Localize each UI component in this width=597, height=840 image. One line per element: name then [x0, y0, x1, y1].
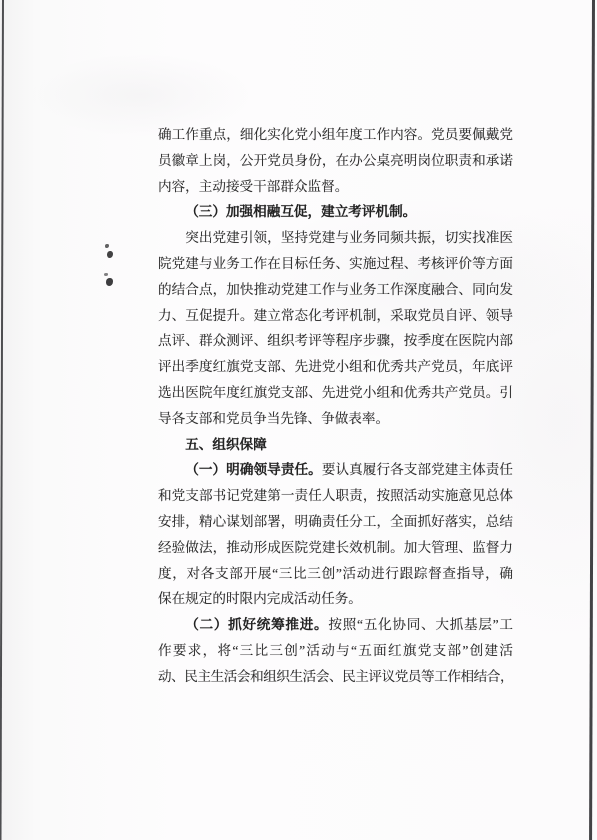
scan-edge-right — [589, 0, 595, 840]
text-line: 五、组织保障 — [158, 432, 513, 458]
text-line: 选出医院年度红旗党支部、先进党小组和优秀共产党员。引 — [158, 380, 513, 406]
text-line: 力、互促提升。建立常态化考评机制，采取党员自评、领导 — [158, 303, 513, 329]
bold-heading-text: （三）加强相融互促，建立考评机制。 — [185, 204, 416, 219]
text-line: （三）加强相融互促，建立考评机制。 — [158, 199, 513, 225]
text-line: （二）抓好统筹推进。按照“五化协同、大抓基层”工 — [158, 612, 513, 638]
body-text: 确工作重点，细化实化党小组年度工作内容。党员要佩戴党 — [158, 127, 513, 142]
text-line: 的结合点，加快推动党建工作与业务工作深度融合、同向发 — [158, 277, 513, 303]
text-line: 内容，主动接受干部群众监督。 — [158, 174, 513, 200]
text-line: 院党建与业务工作在目标任务、实施过程、考核评价等方面 — [158, 251, 513, 277]
bold-heading-text: （二）抓好统筹推进。 — [185, 617, 328, 632]
text-line: 导各支部和党员争当先锋、争做表率。 — [158, 406, 513, 432]
body-text: 评出季度红旗党支部、先进党小组和优秀共产党员，年底评 — [158, 359, 513, 374]
body-text: 的结合点，加快推动党建工作与业务工作深度融合、同向发 — [158, 282, 513, 297]
text-line: 评出季度红旗党支部、先进党小组和优秀共产党员，年底评 — [158, 354, 513, 380]
ink-speck — [106, 278, 113, 286]
body-text: 保在规定的时限内完成活动任务。 — [158, 591, 362, 606]
body-text: 员徽章上岗，公开党员身份，在办公桌亮明岗位职责和承诺 — [158, 153, 513, 168]
body-text: 选出医院年度红旗党支部、先进党小组和优秀共产党员。引 — [158, 385, 513, 400]
text-line: 度，对各支部开展“三比三创”活动进行跟踪督查指导，确 — [158, 561, 513, 587]
body-text: 安排，精心谋划部署，明确责任分工，全面抓好落实，总结 — [158, 514, 513, 529]
scan-edge-left — [0, 0, 4, 840]
text-line: （一）明确领导责任。要认真履行各支部党建主体责任 — [158, 457, 513, 483]
body-text: 度，对各支部开展“三比三创”活动进行跟踪督查指导，确 — [158, 566, 513, 581]
body-text: 内容，主动接受干部群众监督。 — [158, 179, 348, 194]
bold-heading-text: （一）明确领导责任。 — [185, 462, 322, 477]
body-text: 经验做法，推动形成医院党建长效机制。加大管理、监督力 — [158, 540, 513, 555]
text-line: 点评、群众测评、组织考评等程序步骤，按季度在医院内部 — [158, 328, 513, 354]
text-line: 经验做法，推动形成医院党建长效机制。加大管理、监督力 — [158, 535, 513, 561]
text-line: 保在规定的时限内完成活动任务。 — [158, 586, 513, 612]
ink-speck — [104, 273, 108, 276]
body-text: 院党建与业务工作在目标任务、实施过程、考核评价等方面 — [158, 256, 513, 271]
text-line: 确工作重点，细化实化党小组年度工作内容。党员要佩戴党 — [158, 122, 513, 148]
body-text: 突出党建引领，坚持党建与业务同频共振，切实找准医 — [185, 230, 513, 245]
text-line: 作要求，将“三比三创”活动与“五面红旗党支部”创建活 — [158, 638, 513, 664]
ink-speck — [107, 251, 113, 258]
body-text: 要认真履行各支部党建主体责任 — [322, 462, 513, 477]
body-text: 导各支部和党员争当先锋、争做表率。 — [158, 411, 389, 426]
text-line: 和党支部书记党建第一责任人职责，按照活动实施意见总体 — [158, 483, 513, 509]
document-text-block: 确工作重点，细化实化党小组年度工作内容。党员要佩戴党员徽章上岗，公开党员身份，在… — [158, 122, 513, 690]
body-text: 力、互促提升。建立常态化考评机制，采取党员自评、领导 — [158, 308, 513, 323]
body-text: 和党支部书记党建第一责任人职责，按照活动实施意见总体 — [158, 488, 513, 503]
body-text: 动、民主生活会和组织生活会、民主评议党员等工作相结合， — [158, 669, 513, 684]
ink-speck — [105, 244, 109, 248]
bold-heading-text: 五、组织保障 — [185, 437, 267, 452]
text-line: 安排，精心谋划部署，明确责任分工，全面抓好落实，总结 — [158, 509, 513, 535]
text-line: 动、民主生活会和组织生活会、民主评议党员等工作相结合， — [158, 664, 513, 690]
scanned-document-page: 确工作重点，细化实化党小组年度工作内容。党员要佩戴党员徽章上岗，公开党员身份，在… — [0, 0, 597, 840]
body-text: 点评、群众测评、组织考评等程序步骤，按季度在医院内部 — [158, 333, 513, 348]
body-text: 按照“五化协同、大抓基层”工 — [328, 617, 513, 632]
text-line: 员徽章上岗，公开党员身份，在办公桌亮明岗位职责和承诺 — [158, 148, 513, 174]
text-line: 突出党建引领，坚持党建与业务同频共振，切实找准医 — [158, 225, 513, 251]
body-text: 作要求，将“三比三创”活动与“五面红旗党支部”创建活 — [158, 643, 513, 658]
